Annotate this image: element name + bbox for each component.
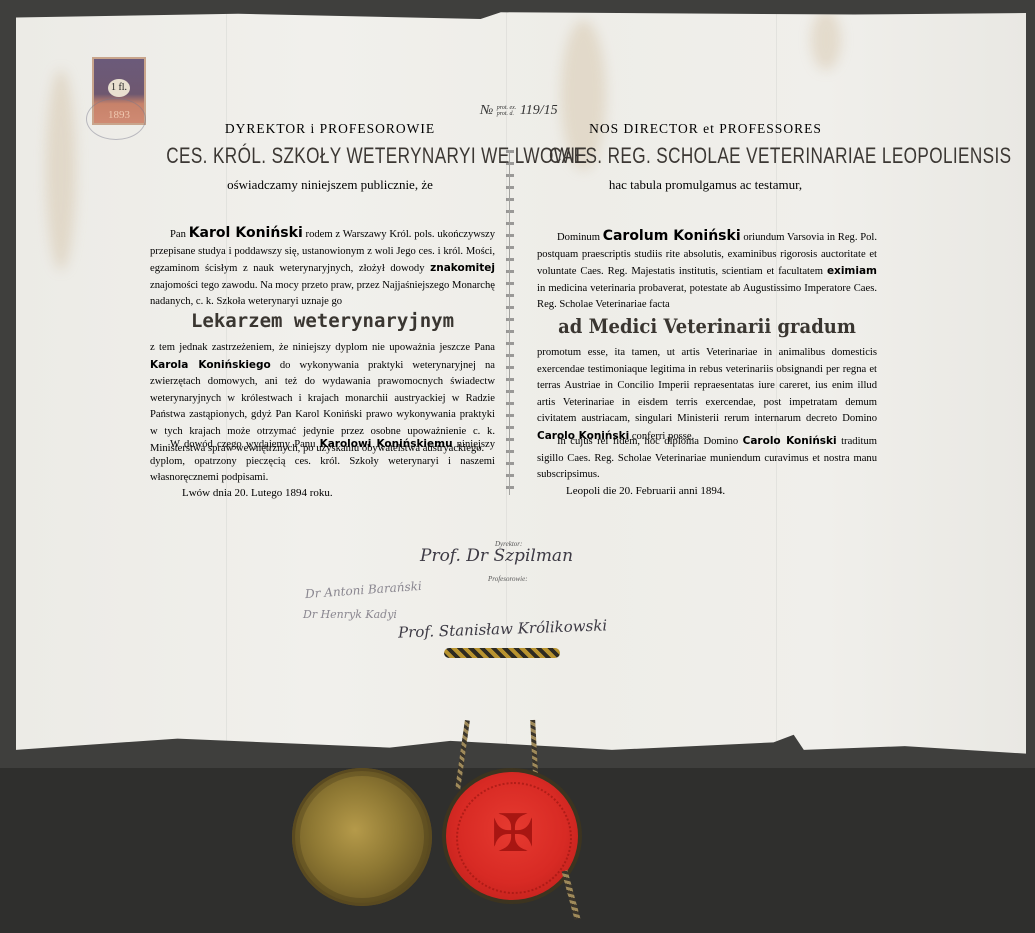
stain bbox=[811, 10, 841, 70]
latin-header-sub: hac tabula promulgamus ac testamur, bbox=[533, 177, 878, 193]
latin-header-small: NOS DIRECTOR et PROFESSORES bbox=[533, 121, 878, 137]
seal-capsule-lid bbox=[292, 768, 432, 906]
polish-date: Lwów dnia 20. Lutego 1894 roku. bbox=[182, 487, 333, 499]
polish-paragraph-3: W dowód czego wydajemy Panu Karolowi Kon… bbox=[150, 436, 495, 487]
registration-number: № prot. ex. prot. d. 119/15 bbox=[480, 103, 558, 119]
stamp-value: 1 fl. bbox=[108, 79, 130, 97]
latin-paragraph-3: In cujus rei fidem, hoc diploma Domino C… bbox=[537, 433, 877, 484]
stain bbox=[46, 70, 76, 270]
seal-cord bbox=[444, 648, 560, 658]
ornamental-divider bbox=[506, 150, 514, 495]
latin-paragraph-1: Dominum Carolum Koniński oriundum Varsov… bbox=[537, 228, 877, 314]
professors-caption: Profesorowie: bbox=[488, 575, 528, 583]
polish-header-sub: oświadczamy niniejszem publicznie, że bbox=[150, 177, 510, 193]
latin-paragraph-2: promotum esse, ita tamen, ut artis Veter… bbox=[537, 345, 877, 446]
latin-header-big: CAES. REG. SCHOLAE VETERINARIAE LEOPOLIE… bbox=[549, 143, 861, 169]
polish-header-small: DYREKTOR i PROFESOROWIE bbox=[150, 121, 510, 137]
recipient-name: Karol Koniński bbox=[189, 225, 303, 241]
latin-degree-title: ad Medici Veterinarii gradum bbox=[554, 314, 860, 338]
polish-header-big: CES. KRÓL. SZKOŁY WETERYNARYI WE LWOWIE bbox=[166, 143, 494, 169]
number-sign: № bbox=[480, 103, 493, 118]
reg-number-value: 119/15 bbox=[520, 103, 558, 118]
reg-small-labels: prot. ex. prot. d. bbox=[497, 105, 517, 117]
double-headed-eagle-icon: ✠ bbox=[478, 800, 548, 870]
stamp-cancel-mark bbox=[86, 98, 146, 140]
polish-paragraph-1: Pan Karol Koniński rodem z Warszawy Król… bbox=[150, 225, 495, 311]
latin-date: Leopoli die 20. Februarii anni 1894. bbox=[566, 485, 725, 497]
professor-signature-2: Dr Henryk Kadyi bbox=[303, 608, 397, 621]
director-signature: Prof. Dr Szpilman bbox=[420, 546, 573, 566]
polish-degree-title: Lekarzem weterynaryjnym bbox=[150, 310, 495, 332]
recipient-name-latin: Carolum Koniński bbox=[603, 228, 741, 244]
